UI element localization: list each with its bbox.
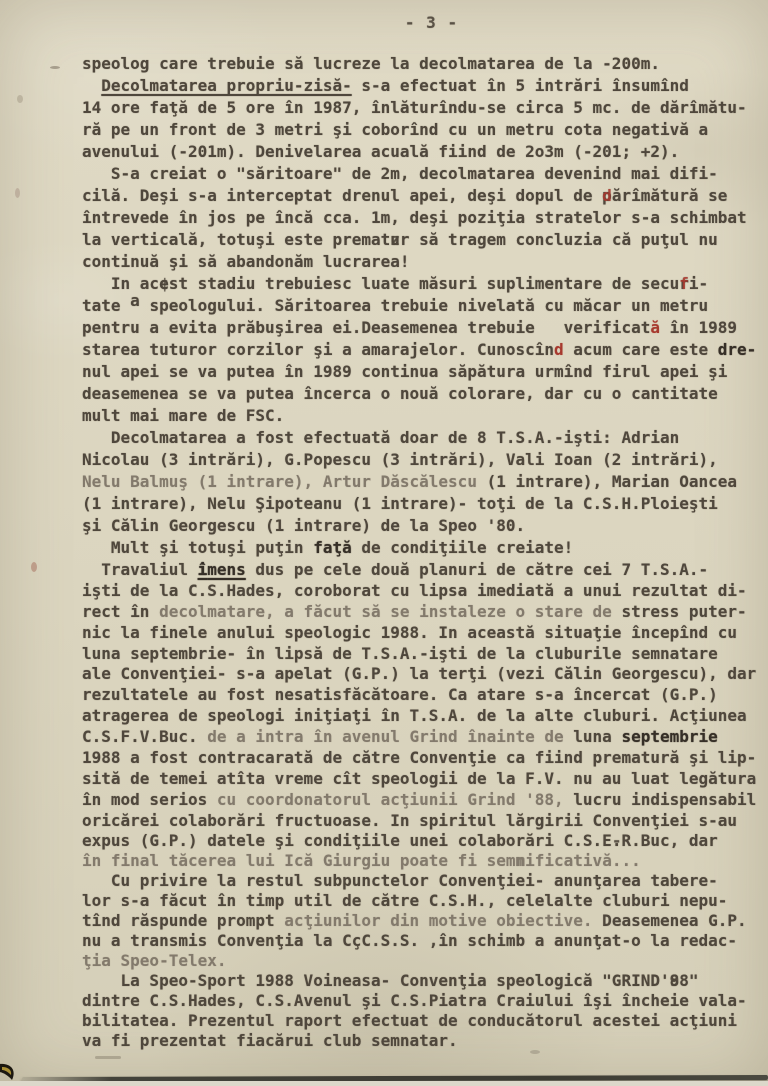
text-lines: speolog care trebuie să lucreze la decol… <box>82 54 756 1051</box>
text-line: In ace¢st stadiu trebuiesc luate măsuri … <box>82 274 756 296</box>
text-line: starea tuturor corzilor şi a amarajelor.… <box>82 340 756 362</box>
text-line: rect în decolmatare, a făcut să se insta… <box>82 602 756 623</box>
text-line: La Speo-Sport 1988 Voineasa- Convenţia s… <box>82 971 756 991</box>
text-line: va fi prezentat fiacărui club semnatar. <box>82 1031 756 1051</box>
text-line: şi Călin Georgescu (1 intrare) de la Spe… <box>82 516 756 538</box>
text-line: 1988 a fost contracarată de către Conven… <box>82 748 756 769</box>
text-line: expus (G.P.) datele şi condiţiile unei c… <box>82 831 756 851</box>
text-line: ale Convenţiei- s-a apelat (G.P.) la ter… <box>82 664 756 685</box>
text-line: bilitatea. Prezentul raport efectuat de … <box>82 1011 756 1031</box>
text-line: nic la finele anului speologic 1988. In … <box>82 623 756 644</box>
text-line: 14 ore faţă de 5 ore în 1987, înlăturînd… <box>82 98 756 120</box>
text-line: Nelu Balmuş (1 intrare), Artur Dăscălesc… <box>82 472 756 494</box>
text-line: speolog care trebuie să lucreze la decol… <box>82 54 756 76</box>
text-line: nu a transmis Convenţia la CçC.S.S. ,în … <box>82 931 756 951</box>
text-line: întrevede în jos pe încă cca. 1m, deşi p… <box>82 208 756 230</box>
paper-speck <box>15 188 20 198</box>
text-line: atragerea de speologi iniţiaţi în T.S.A.… <box>82 706 756 727</box>
page-number: - 3 - <box>0 13 768 32</box>
text-line: în mod serios cu coordonatorul acţiunii … <box>82 790 756 811</box>
text-line: Travaliul iîmens dus pe cele două planur… <box>82 560 756 581</box>
text-line: mult mai mare de FSC. <box>82 406 756 428</box>
text-line: Decolmatarea a fost efectuată doar de 8 … <box>82 428 756 450</box>
paper-speck <box>50 66 60 69</box>
text-line: tînd răspunde prompt acţiunilor din moti… <box>82 911 756 931</box>
text-line: la verticală, totuşi este prematuzr să t… <box>82 230 756 252</box>
text-line: Mult şi totuşi puţin faţă de condiţiile … <box>82 538 756 560</box>
text-line: Cu privire la restul subpunctelor Conven… <box>82 871 756 891</box>
text-line: C.S.F.V.Buc. de a intra în avenul Grind … <box>82 727 756 748</box>
text-line: deasemenea se va putea încerca o nouă co… <box>82 384 756 406</box>
text-line: Nicolau (3 intrări), G.Popescu (3 intrăr… <box>82 450 756 472</box>
paper-speck <box>17 95 23 103</box>
text-line: cilă. Deşi s-a interceptat drenul apei, … <box>82 186 756 208</box>
text-line: continuă şi să abandonăm lucrarea! <box>82 252 756 274</box>
text-line: S-a creiat o "săritoare" de 2m, decolmat… <box>82 164 756 186</box>
scan-bottom-strip <box>0 1081 768 1086</box>
text-line: în final tăcerea lui Ică Giurgiu poate f… <box>82 851 756 871</box>
text-line: oricărei colaborări fructuoase. In spiri… <box>82 811 756 831</box>
text-line: (1 intrare), Nelu Şipoteanu (1 intrare)-… <box>82 494 756 516</box>
text-line: pentru a evita prăbuşirea ei.Deasemenea … <box>82 318 756 340</box>
paper-speck <box>31 562 37 572</box>
text-line: avenului (-201m). Denivelarea acuală fii… <box>82 142 756 164</box>
text-line: rezultatele au fost nesatisfăcătoare. Ca… <box>82 685 756 706</box>
text-line: Decolmatarea propriu-zisă- s-a efectuat … <box>82 76 756 98</box>
text-line: dintre C.S.Hades, C.S.Avenul şi C.S.Piat… <box>82 991 756 1011</box>
text-line: luna septembrie- în lipsă de T.S.A.-işti… <box>82 644 756 665</box>
text-line: ţia Speo-Telex. <box>82 951 756 971</box>
text-line: lor s-a făcut în timp util de către C.S.… <box>82 891 756 911</box>
text-line: işti de la C.S.Hades, coroborat cu lipsa… <box>82 581 756 602</box>
document-page: - 3 - speolog care trebuie să lucreze la… <box>0 0 768 1086</box>
text-line: nul apei se va putea în 1989 continua să… <box>82 362 756 384</box>
text-line: tate a speologului. Săritoarea trebuie n… <box>82 296 756 318</box>
paper-speck <box>95 1056 121 1059</box>
text-line: sită de temei atîta vreme cît speologii … <box>82 769 756 790</box>
paper-speck <box>530 1050 540 1054</box>
text-line: ră pe un front de 3 metri şi coborînd cu… <box>82 120 756 142</box>
